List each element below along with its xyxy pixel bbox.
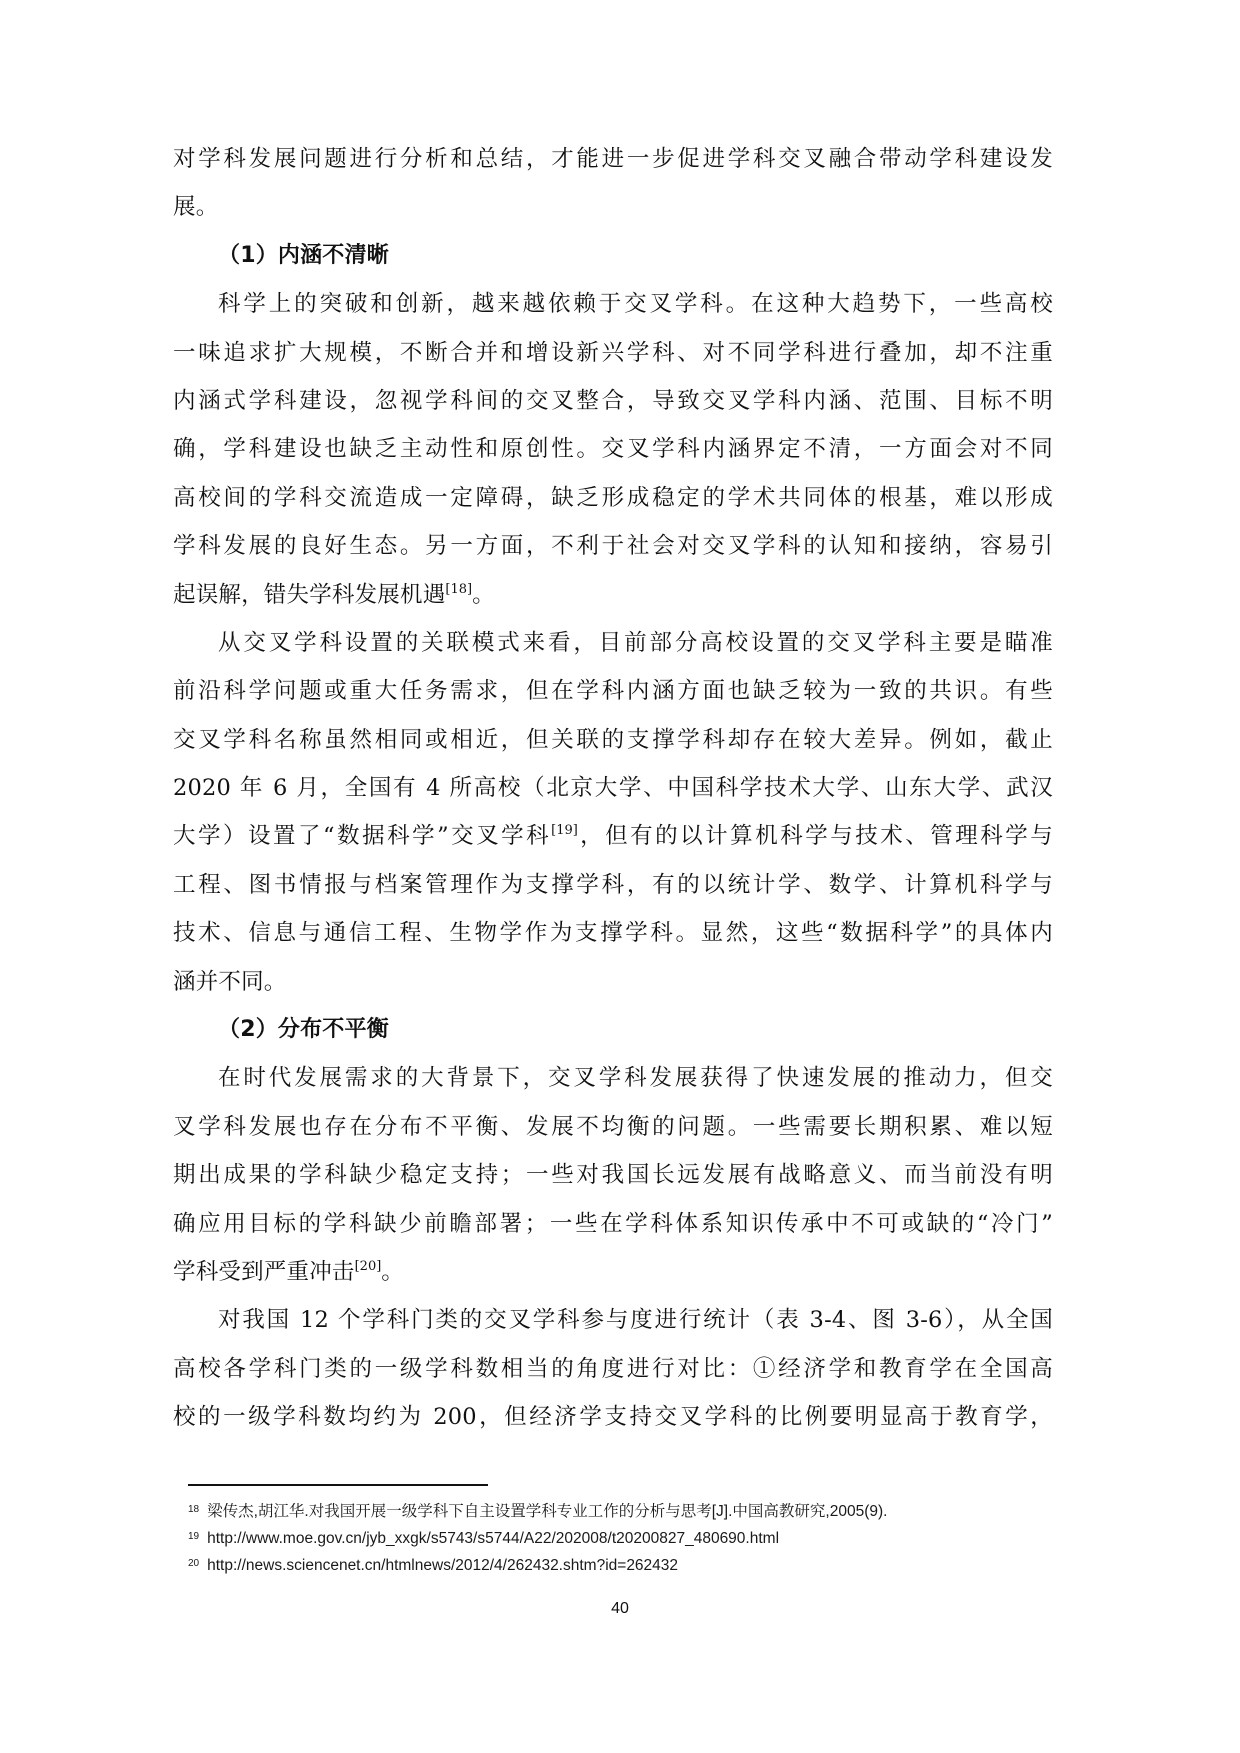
footnote-18: 18梁传杰,胡江华.对我国开展一级学科下自主设置学科专业工作的分析与思考[J].… (188, 1496, 1068, 1523)
text-line: 学科受到严重冲击[20]。 (173, 1248, 1053, 1296)
text-line: 叉学科发展也存在分布不平衡、发展不均衡的问题。一些需要长期积累、难以短 (173, 1103, 1053, 1151)
text-span: 。 (381, 1259, 404, 1285)
footnote-number: 18 (188, 1504, 199, 1515)
text-line: 工程、图书情报与档案管理作为支撑学科，有的以统计学、数学、计算机科学与 (173, 861, 1053, 909)
citation-ref-20[interactable]: [20] (355, 1259, 382, 1274)
text-line: 前沿科学问题或重大任务需求，但在学科内涵方面也缺乏较为一致的共识。有些 (173, 667, 1053, 715)
text-line: 展。 (173, 183, 1053, 231)
text-span: 大学）设置了“数据科学”交叉学科 (173, 823, 551, 849)
text-line: 起误解，错失学科发展机遇[18]。 (173, 571, 1053, 619)
footnote-separator (188, 1484, 488, 1486)
section-heading-2: （2）分布不平衡 (173, 1006, 1053, 1054)
text-span: 学科受到严重冲击 (173, 1259, 355, 1285)
page-body: 对学科发展问题进行分析和总结，才能进一步促进学科交叉融合带动学科建设发 展。 （… (173, 135, 1053, 1442)
footnote-link[interactable]: http://news.sciencenet.cn/htmlnews/2012/… (207, 1557, 678, 1574)
text-line: 2020 年 6 月，全国有 4 所高校（北京大学、中国科学技术大学、山东大学、… (173, 764, 1053, 812)
footnotes: 18梁传杰,胡江华.对我国开展一级学科下自主设置学科专业工作的分析与思考[J].… (188, 1496, 1068, 1577)
text-line: 确，学科建设也缺乏主动性和原创性。交叉学科内涵界定不清，一方面会对不同 (173, 425, 1053, 473)
text-line: 对我国 12 个学科门类的交叉学科参与度进行统计（表 3-4、图 3-6），从全… (173, 1296, 1053, 1344)
footnote-number: 20 (188, 1558, 199, 1569)
text-line: 科学上的突破和创新，越来越依赖于交叉学科。在这种大趋势下，一些高校 (173, 280, 1053, 328)
text-line: 高校间的学科交流造成一定障碍，缺乏形成稳定的学术共同体的根基，难以形成 (173, 474, 1053, 522)
text-span: ，但有的以计算机科学与技术、管理科学与 (578, 823, 1053, 849)
footnote-20: 20http://news.sciencenet.cn/htmlnews/201… (188, 1550, 1068, 1577)
text-line: 内涵式学科建设，忽视学科间的交叉整合，导致交叉学科内涵、范围、目标不明 (173, 377, 1053, 425)
text-line: 学科发展的良好生态。另一方面，不利于社会对交叉学科的认知和接纳，容易引 (173, 522, 1053, 570)
text-line: 校的一级学科数均约为 200，但经济学支持交叉学科的比例要明显高于教育学， (173, 1393, 1053, 1441)
footnote-text: 梁传杰,胡江华.对我国开展一级学科下自主设置学科专业工作的分析与思考[J].中国… (207, 1503, 887, 1520)
section-heading-1: （1）内涵不清晰 (173, 232, 1053, 280)
footnote-link[interactable]: http://www.moe.gov.cn/jyb_xxgk/s5743/s57… (207, 1530, 779, 1547)
text-line: 在时代发展需求的大背景下，交叉学科发展获得了快速发展的推动力，但交 (173, 1054, 1053, 1102)
text-line: 大学）设置了“数据科学”交叉学科[19]，但有的以计算机科学与技术、管理科学与 (173, 812, 1053, 860)
footnote-number: 19 (188, 1531, 199, 1542)
text-line: 确应用目标的学科缺少前瞻部署；一些在学科体系知识传承中不可或缺的“冷门” (173, 1200, 1053, 1248)
citation-ref-18[interactable]: [18] (445, 582, 472, 597)
page-number: 40 (0, 1600, 1240, 1618)
text-line: 期出成果的学科缺少稳定支持；一些对我国长远发展有战略意义、而当前没有明 (173, 1151, 1053, 1199)
footnote-19: 19http://www.moe.gov.cn/jyb_xxgk/s5743/s… (188, 1523, 1068, 1550)
text-line: 交叉学科名称虽然相同或相近，但关联的支撑学科却存在较大差异。例如，截止 (173, 716, 1053, 764)
text-span: 。 (472, 582, 495, 608)
text-line: 高校各学科门类的一级学科数相当的角度进行对比：①经济学和教育学在全国高 (173, 1345, 1053, 1393)
text-line: 从交叉学科设置的关联模式来看，目前部分高校设置的交叉学科主要是瞄准 (173, 619, 1053, 667)
text-line: 一味追求扩大规模，不断合并和增设新兴学科、对不同学科进行叠加，却不注重 (173, 329, 1053, 377)
text-line: 对学科发展问题进行分析和总结，才能进一步促进学科交叉融合带动学科建设发 (173, 135, 1053, 183)
text-span: 起误解，错失学科发展机遇 (173, 582, 445, 608)
text-line: 涵并不同。 (173, 958, 1053, 1006)
citation-ref-19[interactable]: [19] (551, 823, 578, 838)
text-line: 技术、信息与通信工程、生物学作为支撑学科。显然，这些“数据科学”的具体内 (173, 909, 1053, 957)
